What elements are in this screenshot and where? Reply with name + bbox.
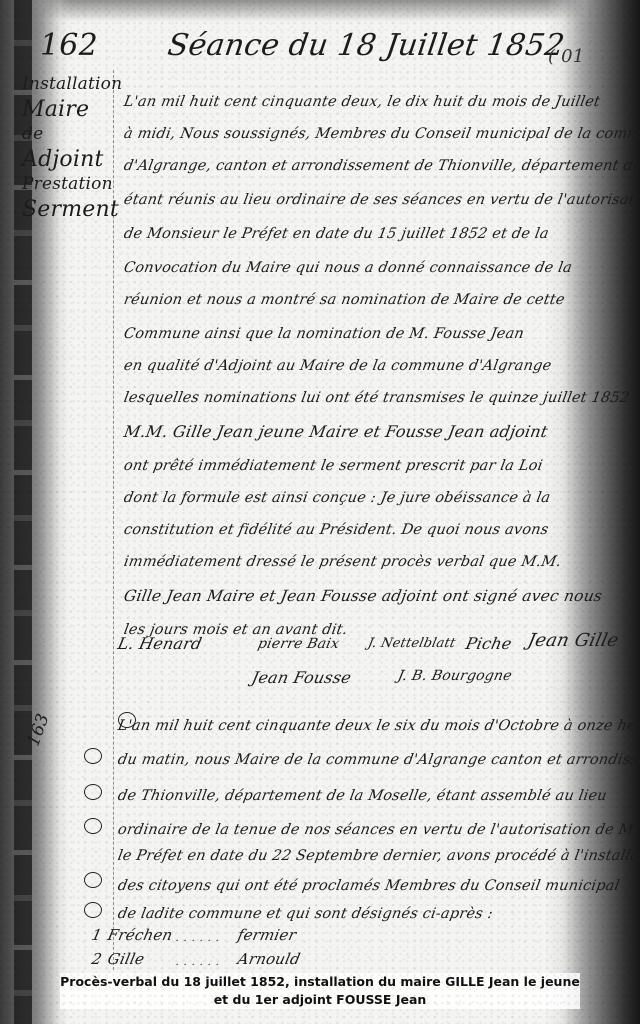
caption-line: et du 1er adjoint FOUSSE Jean <box>60 991 580 1009</box>
record-line: dont la formule est ainsi conçue : Je ju… <box>122 488 552 508</box>
margin-note: Maire <box>22 97 114 122</box>
signature: Piche <box>464 634 514 653</box>
record-line: L'an mil huit cent cinquante deux, le di… <box>122 92 602 112</box>
member-number: 1 <box>90 926 104 944</box>
margin-note: Installation <box>22 72 114 97</box>
paragraph-mark-icon <box>84 872 102 888</box>
record-line: d'Algrange, canton et arrondissement de … <box>122 156 640 176</box>
paragraph-mark-icon <box>84 818 102 834</box>
record-line: du matin, nous Maire de la commune d'Alg… <box>116 750 640 770</box>
margin-notes: Installation Maire de Adjoint Prestation… <box>22 72 114 222</box>
record-line: ont prêté immédiatement le serment presc… <box>122 456 544 476</box>
record-line: des citoyens qui ont été proclamés Membr… <box>116 876 621 896</box>
record-line: le Préfet en date du 22 Septembre dernie… <box>116 846 640 866</box>
margin-note: de <box>22 122 114 147</box>
scanned-register-page: 162 Séance du 18 Juillet 1852 ( 01 Insta… <box>0 0 640 1024</box>
signature: Jean Fousse <box>250 668 353 687</box>
folio-number: 162 <box>40 28 98 63</box>
corner-mark: ( 01 <box>548 46 584 67</box>
record-line: Convocation du Maire qui nous a donné co… <box>122 258 573 278</box>
signature: J. Nettelblatt <box>366 636 457 651</box>
record-line: réunion et nous a montré sa nomination d… <box>122 290 566 310</box>
record-line: de ladite commune et qui sont désignés c… <box>116 904 494 924</box>
margin-note: Serment <box>22 197 114 222</box>
margin-note: Prestation <box>22 172 114 197</box>
paragraph-mark-icon <box>84 784 102 800</box>
record-line: lesquelles nominations lui ont été trans… <box>122 388 631 408</box>
member-name: Gille <box>106 950 146 968</box>
record-line: à midi, Nous soussignés, Membres du Cons… <box>122 124 640 144</box>
member-leader: . . . . . . <box>175 930 222 944</box>
member-leader: . . . . . . <box>175 954 222 968</box>
record-line: M.M. Gille Jean jeune Maire et Fousse Je… <box>122 422 549 442</box>
record-line: immédiatement dressé le présent procès v… <box>122 552 563 572</box>
record-line: constitution et fidélité au Président. D… <box>122 520 550 540</box>
signature: Jean Gille <box>526 630 621 651</box>
record-line: étant réunis au lieu ordinaire de ses sé… <box>122 190 640 210</box>
caption-line: Procès-verbal du 18 juillet 1852, instal… <box>60 973 580 991</box>
record-line: L'an mil huit cent cinquante deux le six… <box>116 716 640 736</box>
record-line: en qualité d'Adjoint au Maire de la comm… <box>122 356 553 376</box>
session-title: Séance du 18 Juillet 1852 <box>166 28 567 63</box>
record-line: ordinaire de la tenue de nos séances en … <box>116 820 640 840</box>
record-line: de Monsieur le Préfet en date du 15 juil… <box>122 224 550 244</box>
signature: pierre Baix <box>256 636 340 652</box>
scan-right-shadow <box>545 0 640 1024</box>
signature: J. B. Bourgogne <box>396 668 513 684</box>
record-line: Gille Jean Maire et Jean Fousse adjoint … <box>122 586 604 606</box>
record-line: de Thionville, département de la Moselle… <box>116 786 608 806</box>
member-role: fermier <box>236 926 298 944</box>
member-name: Fréchen <box>106 926 174 944</box>
member-role: Arnould <box>236 950 302 968</box>
paragraph-mark-icon <box>84 902 102 918</box>
margin-note: Adjoint <box>22 147 114 172</box>
paragraph-mark-icon <box>84 748 102 764</box>
signature: L. Henard <box>116 634 204 653</box>
record-line: Commune ainsi que la nomination de M. Fo… <box>122 324 525 344</box>
image-caption: Procès-verbal du 18 juillet 1852, instal… <box>60 973 580 1009</box>
scan-top-shadow <box>0 0 640 22</box>
member-number: 2 <box>90 950 104 968</box>
